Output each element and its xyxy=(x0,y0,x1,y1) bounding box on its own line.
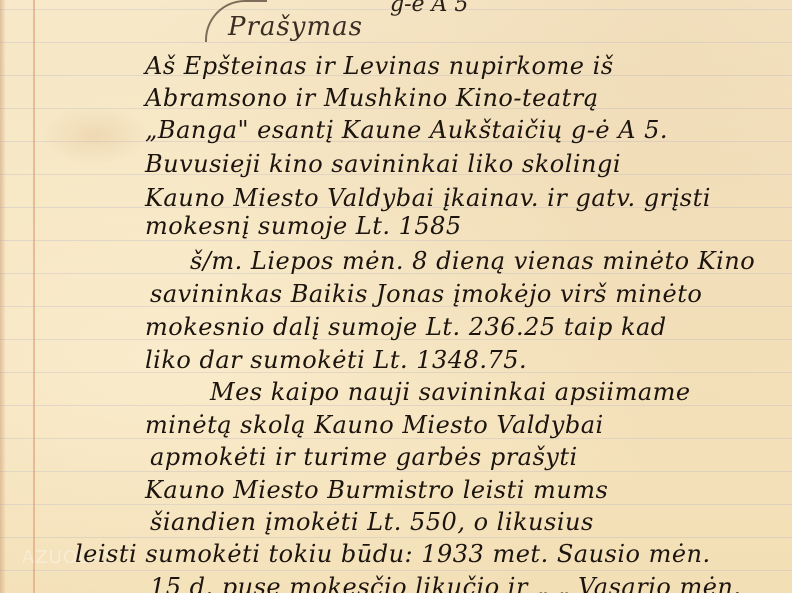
document-heading: Prašymas xyxy=(228,12,363,42)
handwritten-line: Buvusieji kino savininkai liko skolingi xyxy=(145,150,621,178)
margin-line xyxy=(33,0,35,593)
handwritten-line: š/m. Liepos mėn. 8 dieną vienas minėto K… xyxy=(190,247,755,275)
handwritten-line: liko dar sumokėti Lt. 1348.75. xyxy=(145,346,527,374)
handwritten-line: Aš Epšteinas ir Levinas nupirkome iš xyxy=(145,52,614,80)
handwritten-line: apmokėti ir turime garbės prašyti xyxy=(150,443,578,471)
handwritten-line: savininkas Baikis Jonas įmokėjo virš min… xyxy=(150,280,702,308)
handwritten-line: Kauno Miesto Valdybai įkainav. ir gatv. … xyxy=(145,184,711,212)
handwritten-line: mokesnį sumoje Lt. 1585 xyxy=(145,212,462,240)
scanned-document-page: g-ė A 5 Prašymas AZUOLAS Aš Epšteinas ir… xyxy=(0,0,792,593)
handwritten-line: mokesnio dalį sumoje Lt. 236.25 taip kad xyxy=(145,313,667,341)
handwritten-line: Kauno Miesto Burmistro leisti mums xyxy=(145,476,608,504)
handwritten-line: šiandien įmokėti Lt. 550, o likusius xyxy=(150,508,594,536)
paper-edge xyxy=(0,0,6,593)
header-fragment: g-ė A 5 xyxy=(390,0,468,17)
handwritten-line: „Banga" esantį Kaune Aukštaičių g-ė A 5. xyxy=(145,116,668,144)
paper-stain xyxy=(40,105,150,165)
handwritten-line: minėtą skolą Kauno Miesto Valdybai xyxy=(145,411,604,439)
handwritten-line: Abramsono ir Mushkino Kino-teatrą xyxy=(145,84,599,112)
handwritten-line: Mes kaipo nauji savininkai apsiimame xyxy=(210,378,691,406)
handwritten-line: 15 d. pusę mokesčio likučio ir „ „ Vasar… xyxy=(150,573,742,593)
handwritten-line: leisti sumokėti tokiu būdu: 1933 met. Sa… xyxy=(75,540,711,568)
